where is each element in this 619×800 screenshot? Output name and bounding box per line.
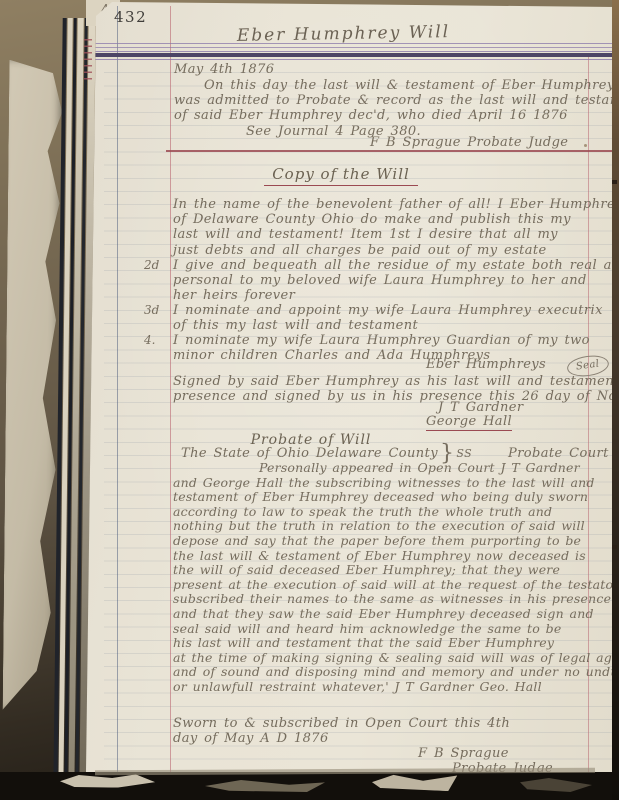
- will-opening: In the name of the benevolent father of …: [173, 197, 615, 258]
- red-margin-line-left: [170, 6, 171, 774]
- page-number: 432: [114, 8, 147, 26]
- handwritten-line: of this my last will and testament: [173, 318, 603, 333]
- handwritten-line: his last will and testament that the sai…: [173, 636, 615, 651]
- foxing-speck: [586, 480, 588, 482]
- handwritten-line: I give and bequeath all the residue of m…: [173, 258, 615, 273]
- handwritten-line: the last will & testament of Eber Humphr…: [173, 549, 615, 564]
- handwritten-line: seal said will and heard him acknowledge…: [173, 622, 615, 637]
- header-rule: [86, 47, 615, 48]
- handwritten-line: personal to my beloved wife Laura Humphr…: [173, 273, 615, 288]
- probate-paragraph: Personally appeared in Open Court J T Ga…: [173, 461, 615, 695]
- closing-statement: Sworn to & subscribed in Open Court this…: [173, 716, 510, 746]
- will-heading: Copy of the Will: [226, 164, 456, 186]
- handwritten-line: was admitted to Probate & record as the …: [174, 93, 615, 108]
- handwritten-line: Personally appeared in Open Court J T Ga…: [173, 461, 615, 476]
- binding-mark: [612, 180, 617, 184]
- handwritten-line: In the name of the benevolent father of …: [173, 197, 615, 212]
- handwritten-line: at the time of making signing & sealing …: [173, 651, 615, 666]
- handwritten-line: Signed by said Eber Humphrey as his last…: [173, 374, 615, 389]
- handwritten-line: present at the execution of said will at…: [173, 578, 615, 593]
- will-item3: I nominate and appoint my wife Laura Hum…: [173, 303, 603, 333]
- handwritten-line: day of May A D 1876: [173, 731, 510, 746]
- item-marker: 2d: [144, 258, 159, 272]
- header-rule: [86, 59, 615, 60]
- attestation: Signed by said Eber Humphrey as his last…: [173, 374, 615, 404]
- handwritten-line: depose and say that the paper before the…: [173, 534, 615, 549]
- handwritten-line: nothing but the truth in relation to the…: [173, 519, 615, 534]
- book-cover-edge: [612, 0, 619, 800]
- edge-ruling-marks: [84, 34, 92, 80]
- handwritten-line: and that they saw the said Eber Humphrey…: [173, 607, 615, 622]
- handwritten-line: just debts and all charges be paid out o…: [173, 243, 615, 258]
- handwritten-line: according to law to speak the truth the …: [173, 505, 615, 520]
- witness-signature: George Hall: [426, 414, 512, 429]
- item-marker: 3d: [144, 303, 159, 317]
- ledger-page: 432 Eber Humphrey Will May 4th 1876 On t…: [86, 2, 615, 778]
- judge-signature-entry: F B Sprague Probate Judge: [370, 135, 568, 150]
- header-rule-thick: [86, 53, 615, 57]
- page-title: Eber Humphrey Will: [236, 22, 451, 46]
- ledger-photo: 4 432 Eber Humphrey Will May 4th 1876 On…: [0, 0, 619, 800]
- entry-paragraph: On this day the last will & testament of…: [174, 78, 615, 139]
- entry-date: May 4th 1876: [174, 62, 274, 77]
- header-rule: [86, 51, 615, 52]
- item-marker: 4.: [144, 333, 155, 347]
- handwritten-line: of Delaware County Ohio do make and publ…: [173, 212, 615, 227]
- witness-signature: J T Gardner: [438, 400, 524, 415]
- binding-mark: [612, 545, 617, 549]
- judge-signature: F B Sprague: [418, 746, 509, 761]
- handwritten-line: the will of said deceased Eber Humphrey;…: [173, 563, 615, 578]
- handwritten-line: her heirs forever: [173, 288, 615, 303]
- red-separator-line: [166, 150, 613, 152]
- blue-margin-line: [117, 6, 118, 774]
- handwritten-line: of said Eber Humphrey dec'd, who died Ap…: [174, 108, 615, 123]
- handwritten-line: and of sound and disposing mind and memo…: [173, 665, 615, 680]
- handwritten-line: I nominate my wife Laura Humphrey Guardi…: [173, 333, 590, 348]
- handwritten-line: I nominate and appoint my wife Laura Hum…: [173, 303, 603, 318]
- handwritten-line: presence and signed by us in his presenc…: [173, 389, 615, 404]
- handwritten-line: or unlawfull restraint whatever,' J T Ga…: [173, 680, 615, 695]
- handwritten-line: Sworn to & subscribed in Open Court this…: [173, 716, 510, 731]
- handwritten-line: On this day the last will & testament of…: [174, 78, 615, 93]
- handwritten-line: and George Hall the subscribing witnesse…: [173, 476, 615, 491]
- handwritten-line: last will and testament! Item 1st I desi…: [173, 227, 615, 242]
- foxing-speck: [584, 144, 587, 147]
- handwritten-line: testament of Eber Humphrey deceased who …: [173, 490, 615, 505]
- will-item2: I give and bequeath all the residue of m…: [173, 258, 615, 304]
- handwritten-line: subscribed their names to the same as wi…: [173, 592, 615, 607]
